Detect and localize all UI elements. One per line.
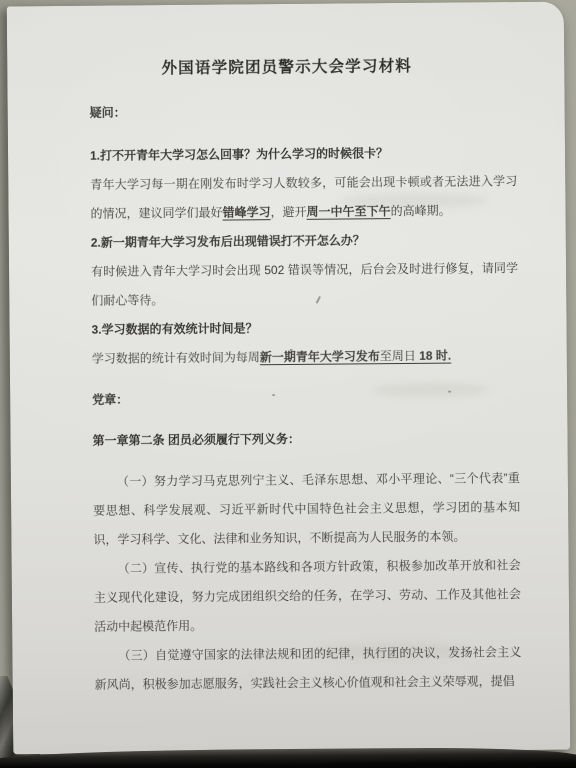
charter-clause-2: （二）宣传、执行党的基本路线和各项方针政策，积极参加改革开放和社会主义现代化建设…	[94, 551, 522, 642]
answer-1-emphasis-1: 错峰学习	[223, 205, 271, 219]
question-3: 3.学习数据的有效统计时间是？	[91, 312, 518, 345]
answer-3-emphasis-2: 18 时.	[419, 349, 451, 363]
faq-section-label: 疑问：	[90, 95, 517, 128]
question-1: 1.打不开青年大学习怎么回事？为什么学习的时候很卡？	[90, 138, 517, 171]
charter-clause-1: （一）努力学习马克思列宁主义、毛泽东思想、邓小平理论、“三个代表”重要思想、科学…	[93, 464, 521, 555]
paper-sheet: 外国语学院团员警示大会学习材料 疑问： 1.打不开青年大学习怎么回事？为什么学习…	[7, 2, 571, 755]
answer-1-emphasis-2: 周一中午至下午	[307, 204, 391, 219]
document-title: 外国语学院团员警示大会学习材料	[57, 54, 516, 82]
charter-clause-heading: 第一章第二条 团员必须履行下列义务：	[92, 423, 519, 456]
question-2: 2.新一期青年大学习发布后出现错误打不开怎么办？	[91, 225, 518, 258]
photo-scene: 外国语学院团员警示大会学习材料 疑问： 1.打不开青年大学习怎么回事？为什么学习…	[0, 0, 576, 768]
answer-1: 青年大学习每一期在刚发布时学习人数较多，可能会出现卡顿或者无法进入学习的情况，建…	[90, 167, 517, 229]
answer-2: 有时候进入青年大学习时会出现 502 错误等情况，后台会及时进行修复，请同学们耐…	[91, 254, 518, 316]
document-content: 外国语学院团员警示大会学习材料 疑问： 1.打不开青年大学习怎么回事？为什么学习…	[7, 2, 571, 755]
answer-3-underline: 至周日	[380, 349, 419, 363]
answer-3-text: 学习数据的统计有效时间为每周	[92, 350, 260, 365]
answer-3: 学习数据的统计有效时间为每周新一期青年大学习发布至周日 18 时.	[92, 341, 519, 374]
charter-section-label: 党章：	[92, 382, 519, 415]
answer-3-emphasis-1: 新一期青年大学习发布	[260, 349, 380, 364]
answer-1-text-mid: ，避开	[271, 205, 307, 219]
charter-clause-3: （三）自觉遵守国家的法律法规和团的纪律，执行团的决议，发扬社会主义新风尚，积极参…	[94, 638, 521, 700]
answer-1-text-end: 的高峰期。	[391, 204, 451, 219]
